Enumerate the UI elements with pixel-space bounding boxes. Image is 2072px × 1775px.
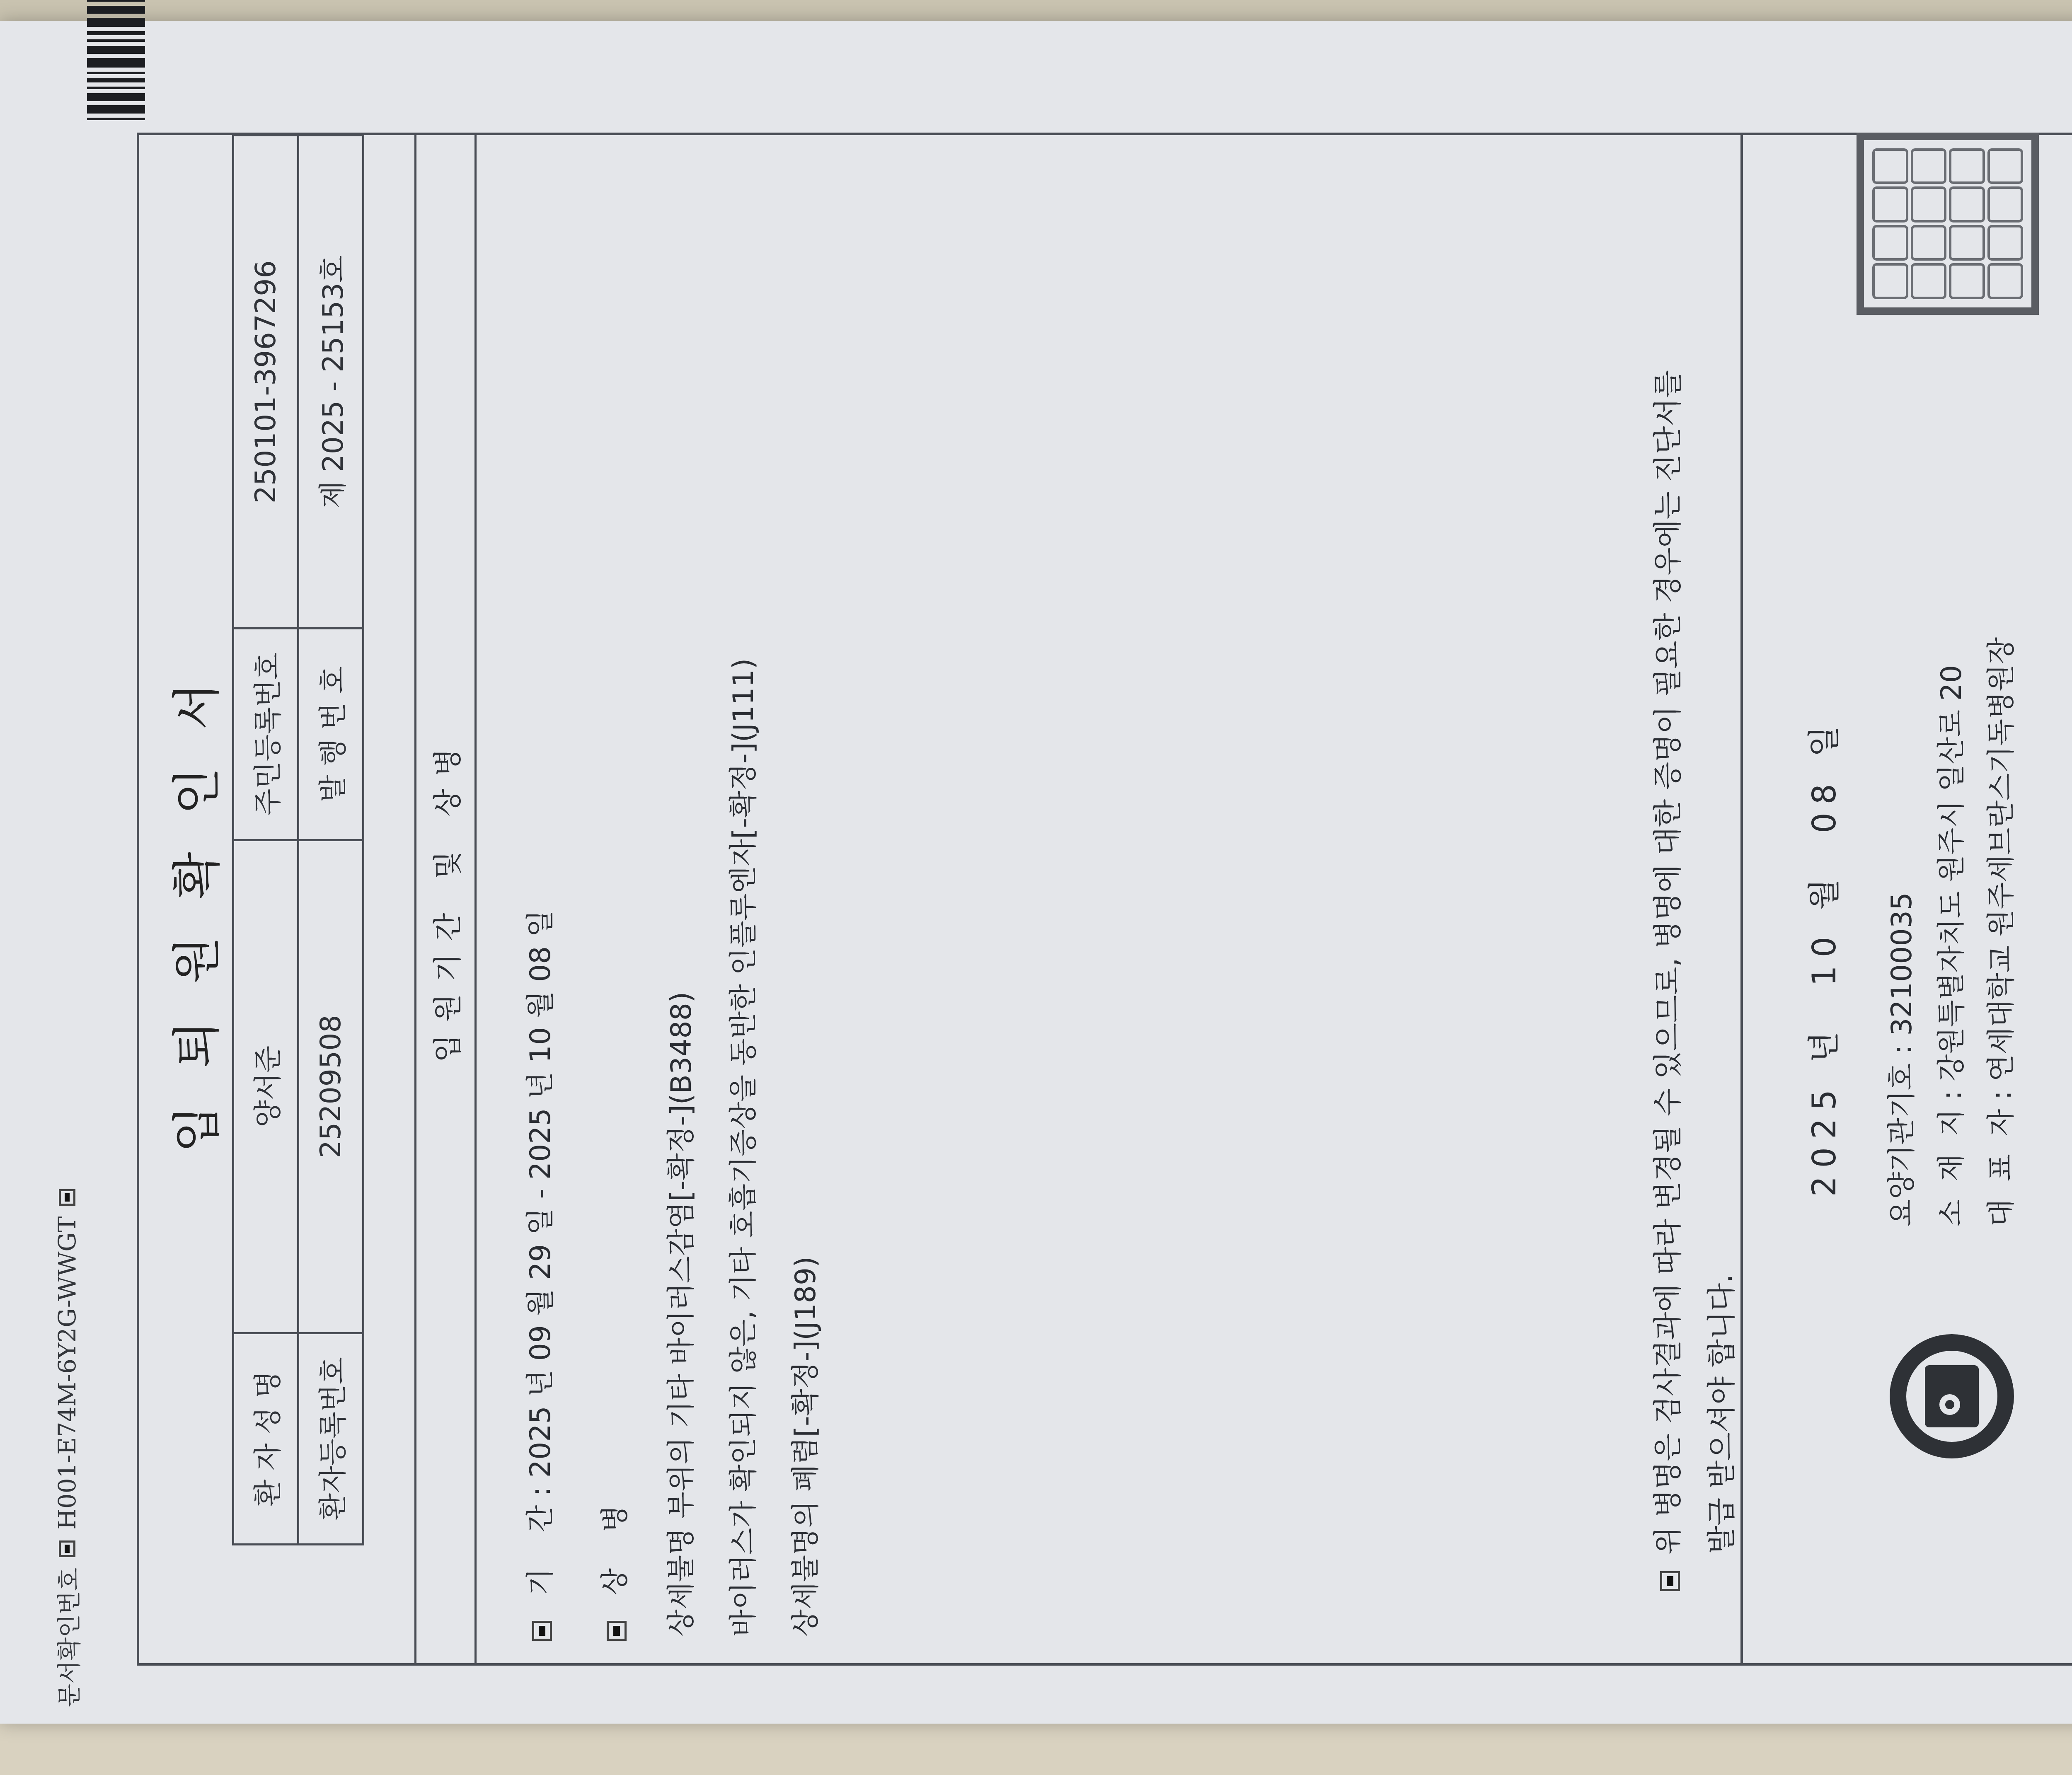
barcode-bar	[87, 46, 145, 54]
square-bullet-icon	[59, 1189, 75, 1206]
square-bullet-icon	[532, 1621, 552, 1641]
period-label: 기 간	[524, 1505, 557, 1596]
period-line: 기 간 : 2025 년 09 월 29 일 - 2025 년 10 월 08 …	[518, 910, 558, 1641]
section-header: 입원기간 및 상병	[414, 133, 477, 1666]
divider	[1740, 133, 1743, 1666]
barcode-bar	[87, 58, 145, 67]
square-bullet-icon	[607, 1621, 627, 1641]
university-emblem-icon	[1890, 1334, 2014, 1458]
confirm-number-value: H001-E74M-6Y2G-WWGT	[53, 1216, 81, 1530]
patient-name: 양서준	[233, 840, 298, 1333]
address-label: 소 재 지	[1935, 1109, 1968, 1226]
barcode	[87, 0, 145, 120]
document-confirm-number: 문서확인번호 H001-E74M-6Y2G-WWGT	[50, 1189, 85, 1707]
barcode-bar	[87, 93, 145, 101]
diagnosis-heading: 상 병	[593, 1505, 633, 1641]
hospital-info: 요양기관기호 : 32100035 소 재 지 : 강원특별자치도 원주시 일산…	[1877, 637, 2026, 1226]
patient-info-table: 환 자 성 명 양서준 주민등록번호 250101-3967296 환자등록번호…	[232, 134, 364, 1545]
notice-line-1: 위 병명은 검사결과에 따라 변경될 수 있으므로, 병명에 대한 증명이 필요…	[1651, 370, 1685, 1555]
patient-reg-number: 25209508	[298, 840, 363, 1333]
patient-name-label: 환 자 성 명	[233, 1333, 298, 1544]
diagnosis-item: 상세불명 부위의 기타 바이러스감염[-확정-](B3488)	[659, 992, 699, 1637]
barcode-bar	[87, 39, 145, 42]
barcode-bar	[87, 72, 145, 74]
patient-reg-label: 환자등록번호	[298, 1333, 363, 1544]
address: 강원특별자치도 원주시 일산로 20	[1935, 665, 1968, 1081]
square-bullet-icon	[1660, 1571, 1680, 1591]
diagnosis-item: 바이러스가 확인되지 않은, 기타 호흡기증상을 동반한 인플루엔자[-확정-]…	[721, 658, 761, 1637]
barcode-bar	[87, 87, 145, 89]
diagnosis-item: 상세불명의 폐렴[-확정-](J189)	[783, 1256, 823, 1637]
barcode-bar	[87, 105, 145, 113]
barcode-bar	[87, 31, 145, 35]
square-bullet-icon	[59, 1540, 75, 1557]
notice: 위 병명은 검사결과에 따라 변경될 수 있으므로, 병명에 대한 증명이 필요…	[1641, 162, 1749, 1591]
institution-code: 32100035	[1886, 892, 1918, 1036]
document-title: 입퇴원확인서	[157, 133, 228, 1666]
resident-id-label: 주민등록번호	[233, 629, 298, 840]
representative-label: 대 표 자	[1985, 1109, 2018, 1226]
confirm-number-label: 문서확인번호	[50, 1568, 85, 1707]
colon-separator: :	[524, 1478, 557, 1496]
barcode-bar	[87, 18, 145, 27]
resident-id: 250101-3967296	[233, 135, 298, 629]
certificate-paper: 문서확인번호 H001-E74M-6Y2G-WWGT 입퇴원확인서 환 자 성 …	[0, 21, 2072, 1724]
barcode-bar	[87, 78, 145, 82]
issue-number: 제 2025 - 25153호	[298, 135, 363, 629]
issue-date: 2025 년 10 월 08 일	[1798, 191, 1845, 1724]
barcode-bar	[87, 118, 145, 120]
issue-number-label: 발 행 번 호	[298, 629, 363, 840]
barcode-bar	[87, 0, 145, 2]
official-seal-icon	[1857, 133, 2039, 315]
period-value: 2025 년 09 월 29 일 - 2025 년 10 월 08 일	[524, 910, 557, 1478]
barcode-bar	[87, 6, 145, 14]
representative: 연세대학교 원주세브란스기독병원장	[1985, 637, 2018, 1082]
diagnosis-label: 상 병	[599, 1505, 632, 1596]
institution-code-label: 요양기관기호	[1886, 1063, 1918, 1226]
